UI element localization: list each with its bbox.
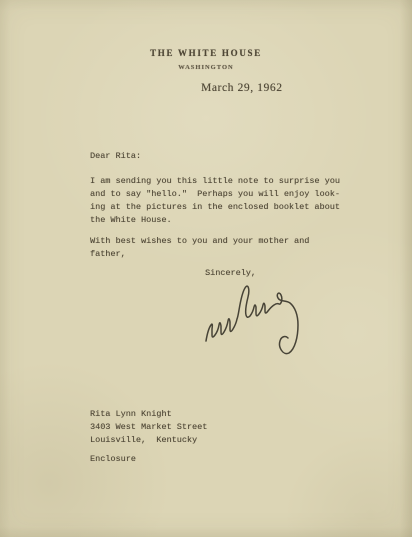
salutation: Dear Rita: (90, 150, 141, 163)
signature-icon (193, 277, 315, 369)
letter-paper: THE WHITE HOUSE WASHINGTON March 29, 196… (0, 0, 412, 537)
letterhead-location: WASHINGTON (0, 64, 412, 71)
letterhead-title: THE WHITE HOUSE (0, 48, 412, 58)
enclosure-note: Enclosure (90, 453, 136, 466)
body-paragraph-2: With best wishes to you and your mother … (90, 235, 309, 261)
body-paragraph-1: I am sending you this little note to sur… (90, 175, 340, 227)
date-line: March 29, 1962 (201, 82, 283, 94)
recipient-address: Rita Lynn Knight 3403 West Market Street… (90, 408, 207, 447)
